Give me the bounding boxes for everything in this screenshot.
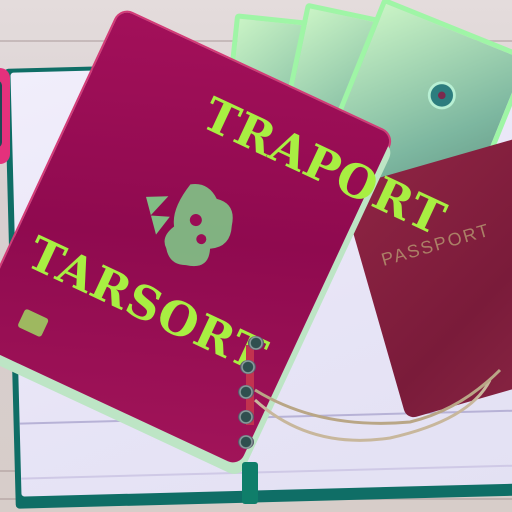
cord	[250, 340, 512, 450]
notebook-clasp	[242, 462, 258, 504]
strap-inner	[0, 80, 2, 148]
banknote-seal	[424, 77, 460, 113]
passport-chip-icon	[17, 308, 49, 337]
pink-strap	[0, 68, 10, 164]
photo-scene: PASSPORT TRAPORT TARSORT	[0, 0, 512, 512]
page-line	[21, 464, 512, 479]
